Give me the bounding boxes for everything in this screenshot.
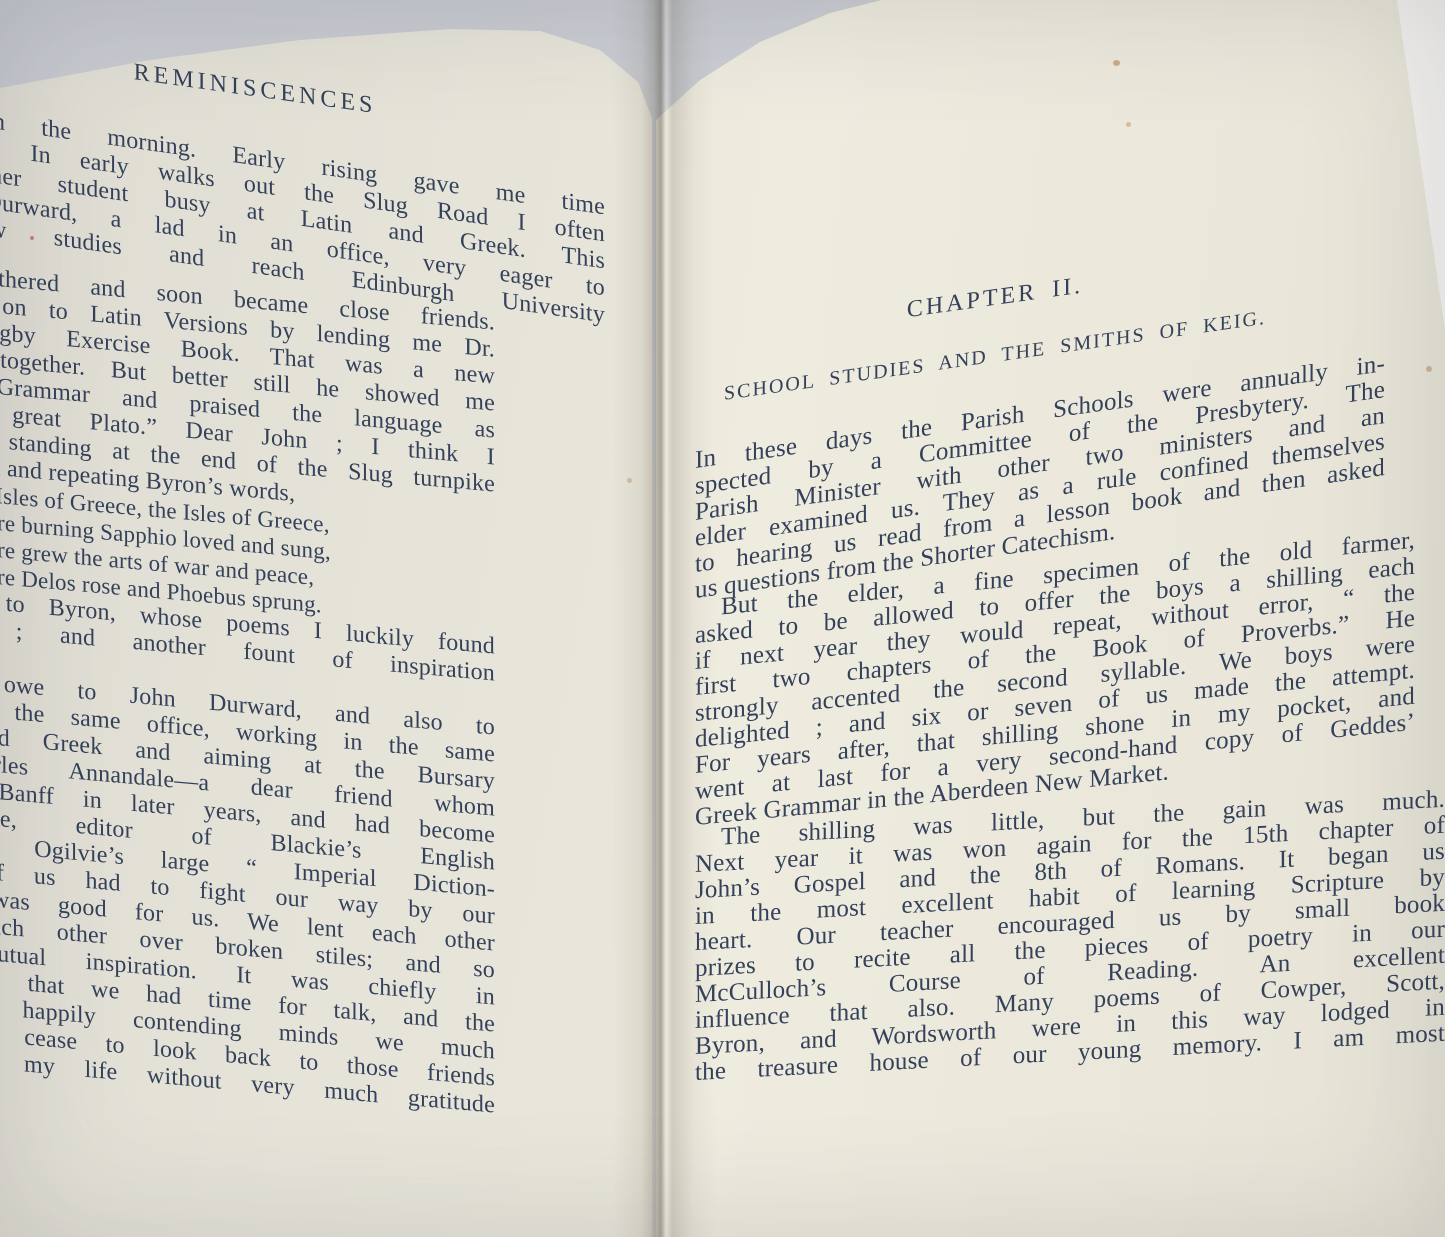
left-page-lower-text: e forgathered and soon became close frie… <box>0 258 495 1120</box>
left-paragraphs: e forgathered and soon became close frie… <box>0 258 495 1120</box>
right-page-lower-text: The shilling was little, but the gain wa… <box>695 787 1445 1086</box>
right-paragraph-3: The shilling was little, but the gain wa… <box>695 787 1445 1086</box>
open-book-photo: REMINISCENCES iefly in the morning. Earl… <box>0 0 1445 1237</box>
